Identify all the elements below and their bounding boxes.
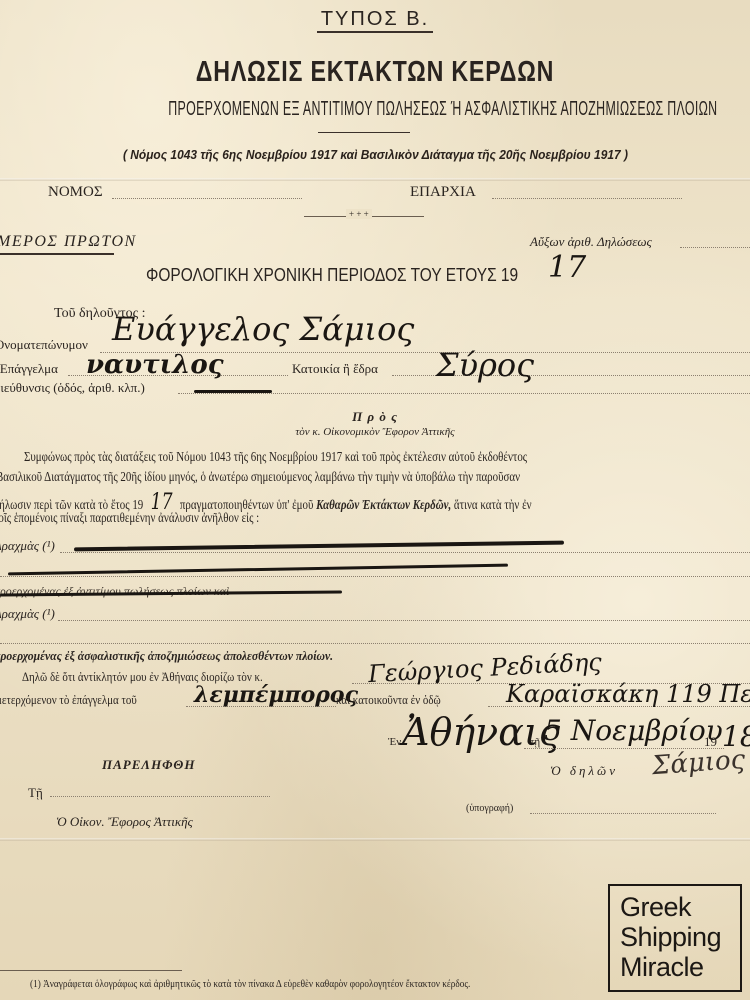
serial-field[interactable] <box>680 247 750 248</box>
agent-profession-label: μετερχόμενον τὸ ἐπάγγελμα τοῦ <box>0 692 164 708</box>
document-page: ΤΥΠΟΣ Β. ΔΗΛΩΣΙΣ ΕΚΤΑΚΤΩΝ ΚΕΡΔΩΝ ΠΡΟΕΡΧΟ… <box>0 0 750 1000</box>
profession-label: Ἐπάγγελμα <box>0 361 58 377</box>
drachmas-field-1-strike <box>8 564 508 576</box>
declarant-label: Ὁ δηλῶν <box>550 763 618 779</box>
agent-profession-field[interactable]: λεμπέμπορος <box>194 682 358 708</box>
name-label: Ὀνοματεπώνυμον <box>0 337 88 353</box>
drachmas-field-2[interactable] <box>58 620 750 621</box>
agent-address-field[interactable]: Καραϊσκάκη 119 Πειρ <box>506 680 750 708</box>
eparchia-field[interactable] <box>492 198 682 199</box>
signature-label: (ὑπογραφή) <box>466 803 513 814</box>
page-subtitle: ΠΡΟΕΡΧΟΜΕΝΩΝ ΕΞ ΑΝΤΙΤΙΜΟΥ ΠΩΛΗΣΕΩΣ Ή ΑΣΦ… <box>0 98 750 121</box>
received-label: ΠΑΡΕΛΗΦΘΗ <box>102 757 195 773</box>
part-underline <box>0 253 114 255</box>
signature-line <box>530 813 716 814</box>
drachmas-field-1-line-2 <box>0 576 750 577</box>
law-reference: ( Νόμος 1043 τῆς 6ης Νοεμβρίου 1917 καὶ … <box>0 146 750 164</box>
pros-label: Π ρ ὸ ς <box>0 409 750 425</box>
eparchia-label: ΕΠΑΡΧΙΑ <box>410 184 476 201</box>
signature-field[interactable]: Σάμιος <box>651 745 746 781</box>
day-label: τῇ <box>530 736 540 748</box>
drachmas-label-1: Δραχμὰς (¹) <box>0 538 55 554</box>
receipt-date-field[interactable] <box>50 796 270 797</box>
footnote: (1) Ἀναγράφεται ὁλογράφως καὶ ἀριθμητικῶ… <box>30 978 554 990</box>
drachmas-field-1[interactable] <box>74 541 564 552</box>
body-text-line-1: Συμφώνως πρὸς τὰς διατάξεις τοῦ Νόμου 10… <box>24 450 669 466</box>
part-label: ΜΕΡΟΣ ΠΡΩΤΟΝ <box>0 233 137 251</box>
paper-fold <box>0 838 750 841</box>
fiscal-period: ΦΟΡΟΛΟΓΙΚΗ ΧΡΟΝΙΚΗ ΠΕΡΙΟΔΟΣ ΤΟΥ ΕΤΟΥΣ 19 <box>146 265 579 286</box>
paper-fold <box>0 178 750 181</box>
agent-address-label: καὶ κατοικοῦντα ἐν ὁδῷ <box>336 692 461 708</box>
drachmas-label-2: Δραχμὰς (¹) <box>0 606 55 622</box>
officer-label: Ὁ Οἰκον. Ἔφορος Ἀττικῆς <box>56 814 193 830</box>
divider <box>318 132 410 133</box>
residence-label: Κατοικία ἢ ἕδρα <box>292 361 378 377</box>
serial-label: Αὔξων ἀριθ. Δηλώσεως <box>530 234 652 250</box>
form-type: ΤΥΠΟΣ Β. <box>0 8 750 31</box>
profession-field[interactable]: ναυτιλος <box>86 350 224 380</box>
name-field[interactable]: Ευάγγελος Σάμιος <box>112 310 414 348</box>
fiscal-year-handwritten[interactable]: 17 <box>548 250 586 285</box>
ornament: + + + <box>346 209 372 219</box>
address-field-line <box>178 393 750 394</box>
body-text-line-2: Βασιλικοῦ Διατάγματος τῆς 20ῆς ἰδίου μην… <box>0 470 668 486</box>
date-field[interactable]: 5 Νοεμβρίου <box>544 714 723 747</box>
insurance-line: προερχομένας ἐξ ἀσφαλιστικῆς ἀποζημιώσεω… <box>0 648 371 664</box>
recipient-label: τὸν κ. Οἰκονομικὸν Ἔφορον Ἀττικῆς <box>0 426 750 438</box>
address-field[interactable] <box>194 390 272 393</box>
page-title: ΔΗΛΩΣΙΣ ΕΚΤΑΚΤΩΝ ΚΕΡΔΩΝ <box>0 56 750 89</box>
body-text-line-4: τοῖς ἑπομένοις πίναξι παρατιθεμένην ἀνάλ… <box>0 511 334 527</box>
nomos-field[interactable] <box>112 198 302 199</box>
receipt-date-label: Τῇ <box>28 785 43 801</box>
address-label: Διεύθυνσις (ὁδός, ἀριθ. κλπ.) <box>0 380 145 396</box>
footnote-rule <box>0 970 182 971</box>
nomos-label: ΝΟΜΟΣ <box>48 184 103 201</box>
greek-shipping-miracle-logo: Greek Shipping Miracle <box>608 884 742 992</box>
drachmas-field-2-line-2 <box>0 643 750 644</box>
en-label: Ἐν <box>388 736 401 748</box>
residence-field[interactable]: Σύρος <box>436 346 534 384</box>
drachmas-field-1-line <box>60 552 750 553</box>
